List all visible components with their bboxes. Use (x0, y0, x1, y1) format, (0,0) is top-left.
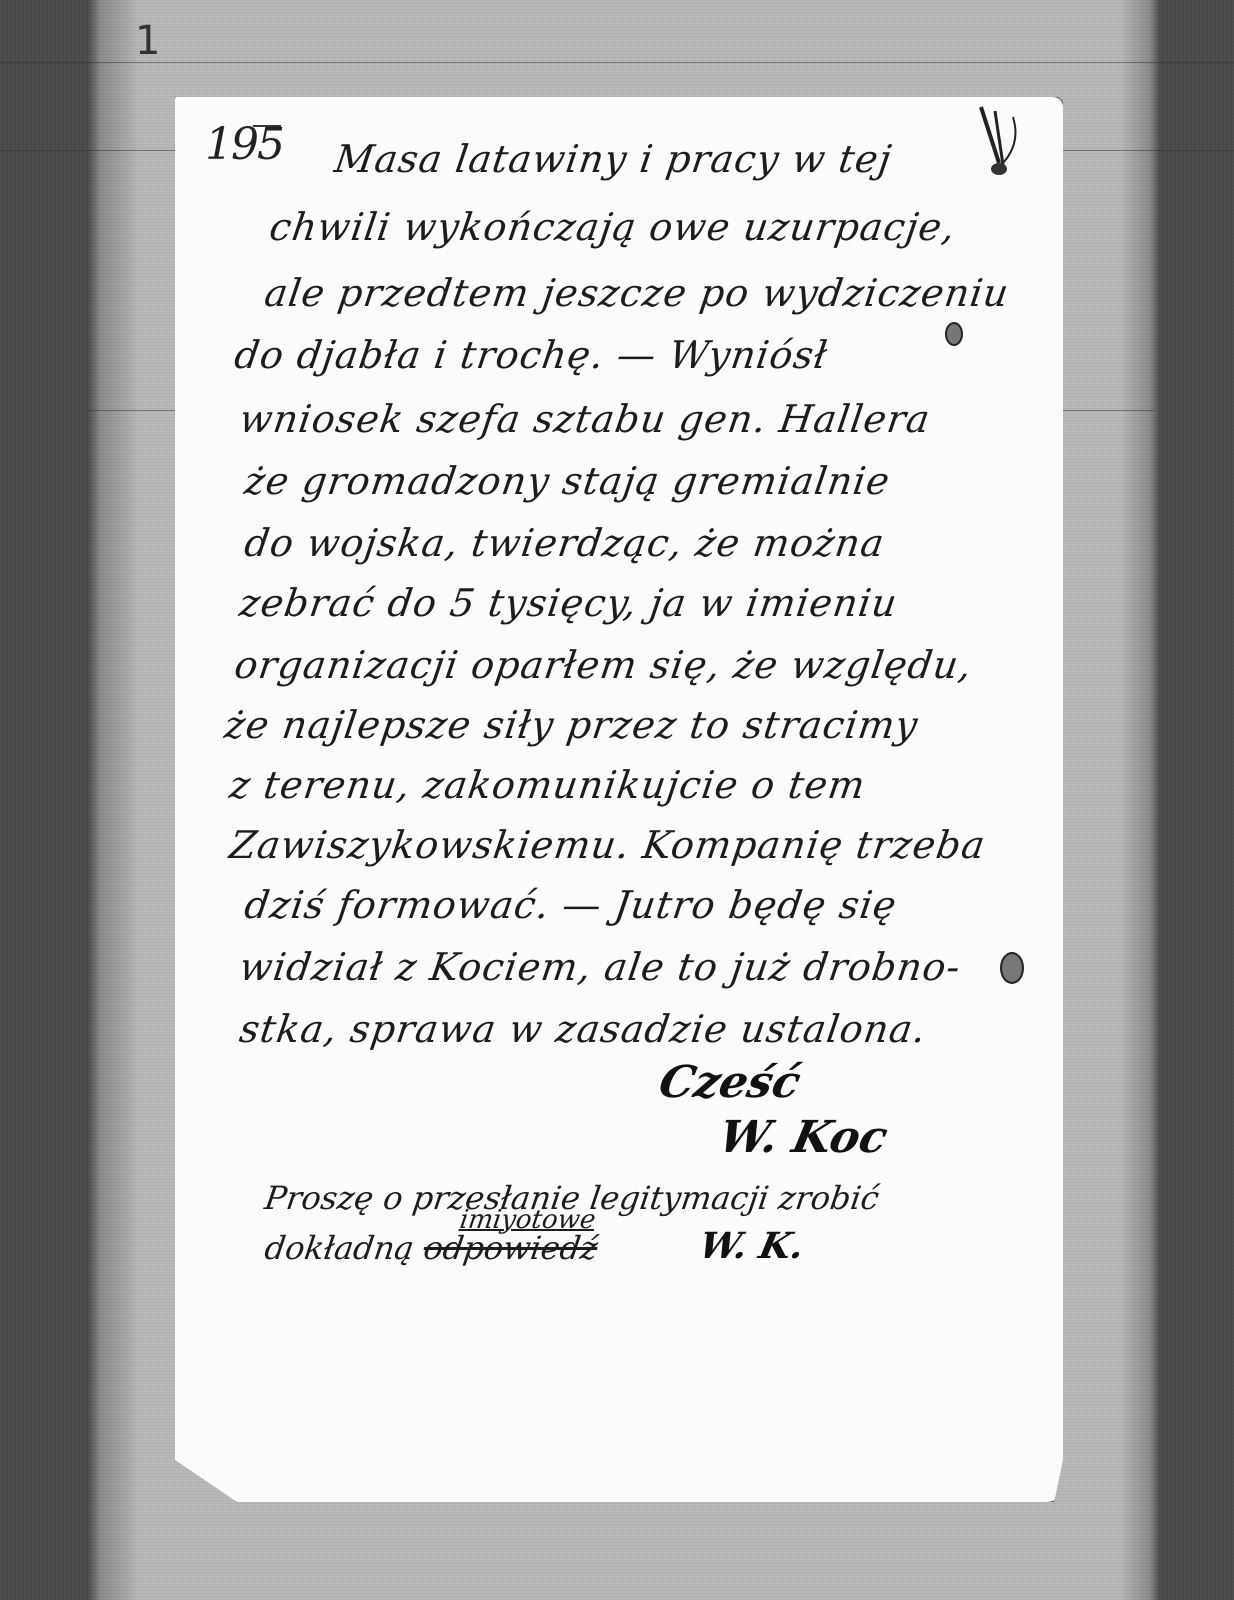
letter-line: do wojska, twierdząc, że można (242, 521, 888, 565)
letter-line: do djabła i trochę. — Wyniósł (232, 333, 831, 377)
background-mark: 1 (135, 18, 160, 64)
letter-page: 195 Masa latawiny i pracy w tej chwili w… (175, 97, 1063, 1502)
ink-blot (945, 322, 963, 346)
ink-blot (1000, 952, 1024, 984)
signature: W. Koc (715, 1112, 892, 1163)
postscript-struck-text: odpowiedź (421, 1229, 600, 1267)
letter-line: ale przedtem jeszcze po wydziczeniu (262, 271, 1012, 315)
letter-line: stka, sprawa w zasadzie ustalona. (237, 1007, 929, 1051)
letter-line: że najlepsze siły przez to stracimy (222, 703, 921, 747)
letter-line: zebrać do 5 tysięcy, ja w imieniu (237, 581, 901, 625)
letter-line: organizacji oparłem się, że względu, (232, 643, 975, 687)
letter-line: wniosek szefa sztabu gen. Hallera (237, 397, 933, 441)
closing-greeting: Cześć (655, 1057, 805, 1108)
letter-line: dziś formować. — Jutro będę się (242, 883, 900, 927)
letter-line: z terenu, zakomunikujcie o tem (227, 763, 869, 807)
letter-line: że gromadzony stają gremialnie (242, 459, 893, 503)
postscript-text: dokładną (262, 1229, 416, 1267)
letter-line: Masa latawiny i pracy w tej (332, 137, 895, 181)
scanner-ruled-line (0, 62, 1234, 63)
letter-line: chwili wykończają owe uzurpacje, (267, 205, 959, 249)
page-number: 195 (205, 119, 283, 170)
postscript-line: dokładną odpowiedź (262, 1229, 600, 1267)
letter-line: widział z Kociem, ale to już drobno- (237, 945, 964, 989)
postscript-initials: W. K. (696, 1225, 809, 1267)
corner-scribble-icon (973, 103, 1023, 183)
letter-line: Zawiszykowskiemu. Kompanię trzeba (227, 823, 989, 867)
